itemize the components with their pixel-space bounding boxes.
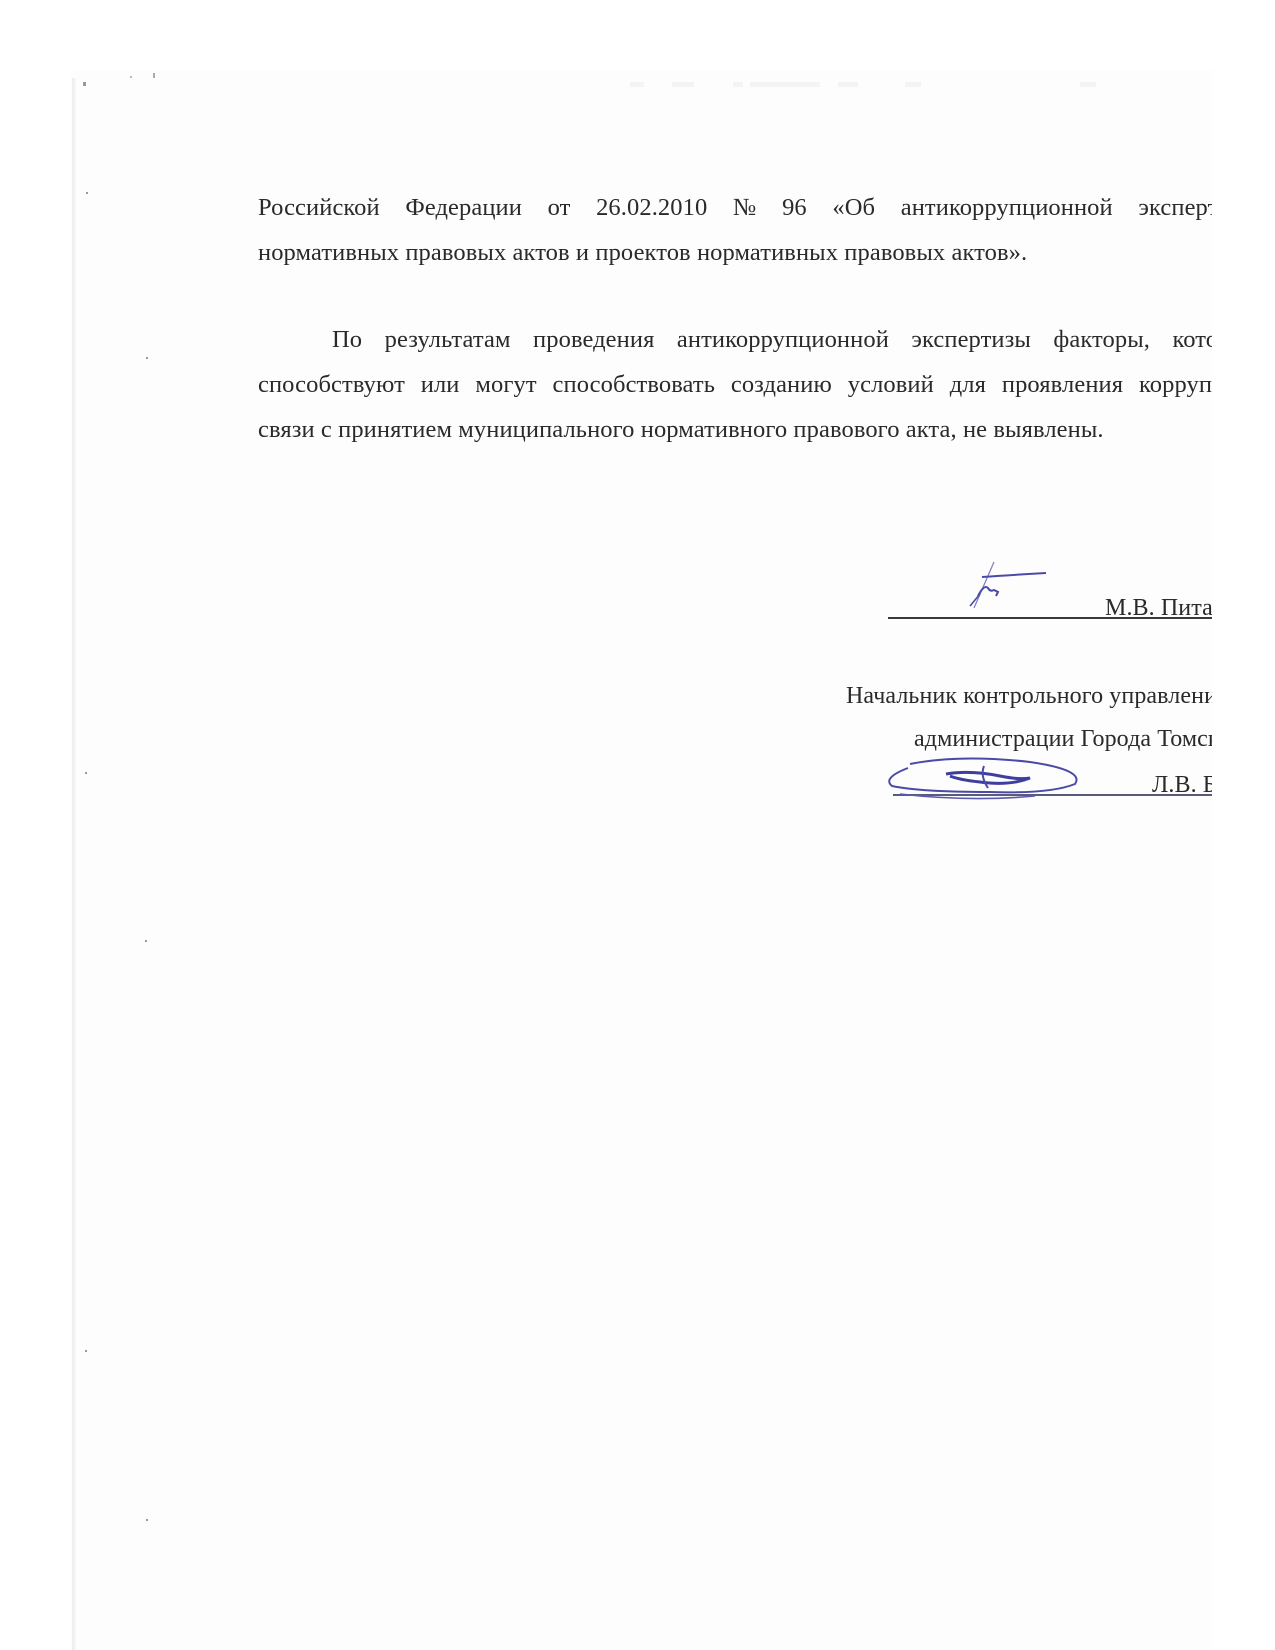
word: для: [950, 373, 986, 398]
signatory-name-1: М.В. Питаева: [1105, 596, 1212, 620]
word: проявления: [1002, 373, 1123, 398]
paragraph-1-line-2: нормативных правовых актов и проектов но…: [258, 241, 1027, 266]
word: проведения: [533, 328, 654, 353]
handwritten-signature-2: [880, 752, 1090, 802]
word: способствуют: [258, 373, 405, 398]
word: антикоррупционной: [677, 328, 889, 353]
signatory-title-line-2: администрации Города Томска: [914, 727, 1212, 751]
paragraph-2-line-3: связи с принятием муниципального нормати…: [258, 418, 1104, 443]
word: которые: [1172, 328, 1212, 353]
word: 26.02.2010: [596, 196, 707, 221]
word: могут: [475, 373, 536, 398]
word: По: [332, 328, 362, 353]
word: факторы,: [1053, 328, 1150, 353]
word: антикоррупционной: [901, 196, 1113, 221]
handwritten-signature-1: [960, 552, 1060, 612]
word: созданию: [731, 373, 832, 398]
word: №: [733, 196, 756, 221]
word: способствовать: [553, 373, 715, 398]
paragraph-2-line-2: способствуют или могут способствовать со…: [258, 373, 1212, 398]
word: коррупции,: [1139, 373, 1212, 398]
signatory-name-2: Л.В. Б: [1152, 773, 1212, 797]
word: «Об: [832, 196, 875, 221]
paragraph-1-line-1: Российской Федерации от 26.02.2010 № 96 …: [258, 196, 1212, 221]
word: от: [548, 196, 571, 221]
word: условий: [848, 373, 934, 398]
signatory-title-line-1: Начальник контрольного управления: [846, 684, 1212, 708]
word: Российской: [258, 196, 380, 221]
paragraph-2-line-1: По результатам проведения антикоррупцион…: [332, 328, 1212, 353]
word: экспертизы: [1138, 196, 1212, 221]
word: экспертизы: [911, 328, 1031, 353]
word: или: [421, 373, 460, 398]
page-content: Российской Федерации от 26.02.2010 № 96 …: [0, 0, 1212, 1650]
word: 96: [782, 196, 807, 221]
word: Федерации: [405, 196, 522, 221]
word: результатам: [385, 328, 511, 353]
